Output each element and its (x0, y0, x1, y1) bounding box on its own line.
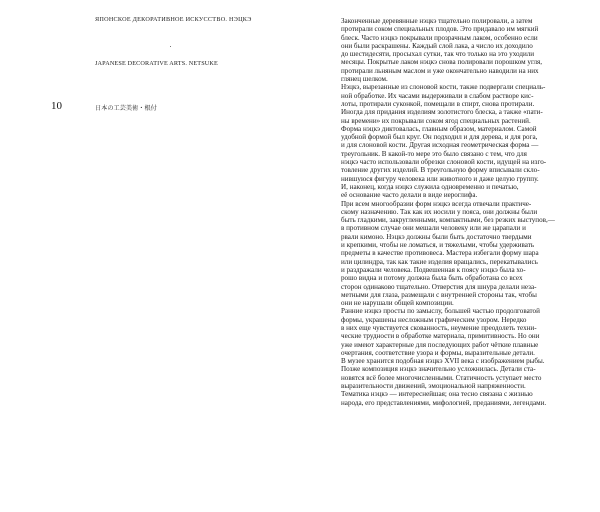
text-line: и для слоновой кости. Другая исходная ге… (341, 141, 571, 149)
text-line: товление других изделий. В треугольную ф… (341, 166, 571, 174)
body-text: Законченные деревянные нэцкэ тщательно п… (341, 17, 571, 407)
text-line: очертания, соответствие узора и формы, в… (341, 349, 571, 357)
text-line: месяцы. Покрытые лаком нэцкэ снова полир… (341, 58, 571, 66)
text-line: треугольник. В какой-то мере это было св… (341, 150, 571, 158)
text-line: блеск. Часто нэцкэ покрывали прозрачным … (341, 34, 571, 42)
text-line: ческие трудности в обработке материала, … (341, 332, 571, 340)
text-line: рошо видна и потому должна была быть обр… (341, 274, 571, 282)
text-line: в них еще чувствуется скованность, неуме… (341, 324, 571, 332)
running-header-russian: ЯПОНСКОЕ ДЕКОРАТИВНОЕ ИСКУССТВО. НЭЦКЭ (95, 16, 252, 23)
left-page: ЯПОНСКОЕ ДЕКОРАТИВНОЕ ИСКУССТВО. НЭЦКЭ J… (0, 0, 300, 512)
text-line: удобной формой был круг. Он подходил и д… (341, 133, 571, 141)
text-line: нэцкэ часто использовали обрезки слоново… (341, 158, 571, 166)
text-line: и крепкими, чтобы не ломаться, и тяжелым… (341, 241, 571, 249)
text-line: выразительности движений, эмоциональной … (341, 382, 571, 390)
text-line: Ранние нэцкэ просты по замыслу, большей … (341, 307, 571, 315)
text-line: Тематика нэцкэ — интереснейшая; она тесн… (341, 390, 571, 398)
page-number: 10 (51, 100, 62, 112)
text-line: Нэцкэ, вырезанные из слоновой кости, так… (341, 83, 571, 91)
right-page: Законченные деревянные нэцкэ тщательно п… (300, 0, 600, 512)
text-line: и раздражали человека. Подвешенная к поя… (341, 266, 571, 274)
text-line: Форма нэцкэ диктовалась, главным образом… (341, 125, 571, 133)
text-line: метными для глаза, размещали с внутренне… (341, 291, 571, 299)
text-line: лоты, протирали суконкой, помещали в спи… (341, 100, 571, 108)
running-header-english: JAPANESE DECORATIVE ARTS. NETSUKE (95, 60, 218, 67)
running-header-japanese: 日本の工芸美術・根付 (95, 103, 157, 112)
text-line: При всем многообразии форм нэцкэ всегда … (341, 200, 571, 208)
text-line: скому назначению. Так как их носили у по… (341, 208, 571, 216)
text-line: рвали кимоно. Нэцкэ должны были быть дос… (341, 233, 571, 241)
text-line: её основание часто делали в виде иерогли… (341, 191, 571, 199)
text-line: они не нарушали общей композиции. (341, 299, 571, 307)
text-line: ной обработке. Их часами выдерживали в с… (341, 92, 571, 100)
text-line: формы, украшены несложным графическим уз… (341, 316, 571, 324)
text-line: И, наконец, когда нэцкэ служила одноврем… (341, 183, 571, 191)
text-line: или цилиндра, так как такие изделия вращ… (341, 258, 571, 266)
text-line: уже имеют характерные для последующих ра… (341, 341, 571, 349)
text-line: в противном случае они мешали человеку и… (341, 224, 571, 232)
text-line: быть гладкими, закругленными, компактным… (341, 216, 571, 224)
text-line: Позже композиция нэцкэ значительно услож… (341, 365, 571, 373)
text-line: до шестидесяти, просыхал сутки, так что … (341, 50, 571, 58)
print-mark (170, 46, 171, 47)
text-line: сторон одинаково тщательно. Отверстия дл… (341, 283, 571, 291)
text-line: новятся всё более многочисленными. Стати… (341, 374, 571, 382)
text-line: В музее хранится подобная нэцкэ XVII век… (341, 357, 571, 365)
text-line: протирали соком специальных плодов. Это … (341, 25, 571, 33)
text-line: нившуюся фигуру человека или животного и… (341, 175, 571, 183)
text-line: глянец шелком. (341, 75, 571, 83)
text-line: они были раскрашены. Каждый слой лака, а… (341, 42, 571, 50)
text-line: предметы в качестве противовеса. Мастера… (341, 249, 571, 257)
text-line: народа, его представлениями, мифологией,… (341, 399, 571, 407)
text-line: Иногда для придания изделиям золотистого… (341, 108, 571, 116)
text-line: ны времени» их покрывали соком ягод спец… (341, 117, 571, 125)
text-line: Законченные деревянные нэцкэ тщательно п… (341, 17, 571, 25)
text-line: протирали льняным маслом и уже окончател… (341, 67, 571, 75)
